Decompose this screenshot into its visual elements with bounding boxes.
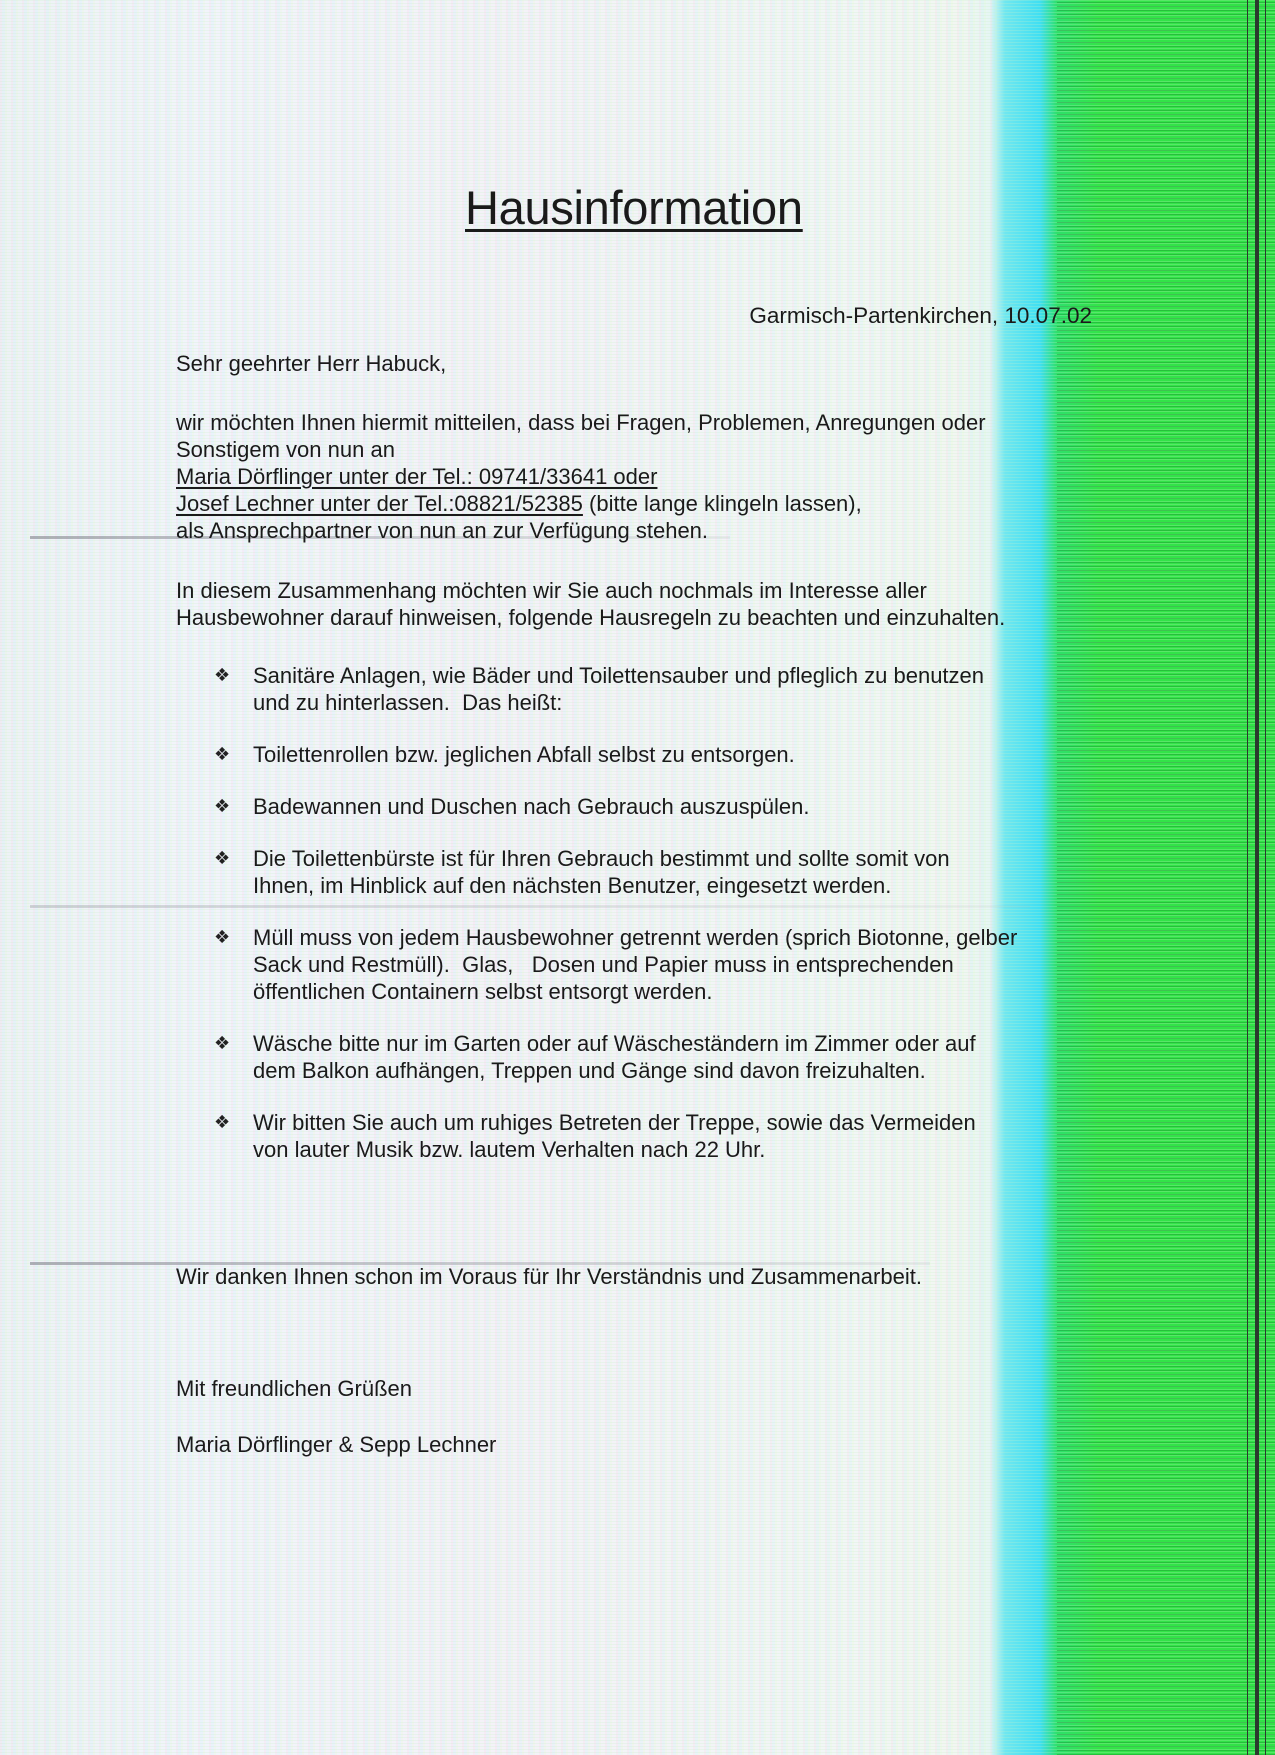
place-date: Garmisch-Partenkirchen, 10.07.02 — [749, 302, 1092, 330]
rules-intro-line: In diesem Zusammenhang möchten wir Sie a… — [176, 577, 1136, 604]
house-rule-line: Ihnen, im Hinblick auf den nächsten Benu… — [253, 872, 1114, 899]
diamond-bullet-icon: ❖ — [214, 1030, 230, 1057]
house-rule-line: Sack und Restmüll). Glas, Dosen und Papi… — [253, 951, 1114, 978]
diamond-bullet-icon: ❖ — [214, 793, 230, 820]
signature-text: Maria Dörflinger & Sepp Lechner — [176, 1431, 1136, 1458]
house-rule-line: und zu hinterlassen. Das heißt: — [253, 689, 1114, 716]
closing-text: Wir danken Ihnen schon im Voraus für Ihr… — [176, 1263, 1136, 1290]
house-rule-item: ❖Sanitäre Anlagen, wie Bäder und Toilett… — [214, 662, 1114, 716]
intro-paragraph: wir möchten Ihnen hiermit mitteilen, das… — [176, 409, 1136, 544]
diamond-bullet-icon: ❖ — [214, 1109, 230, 1136]
house-rule-line: Badewannen und Duschen nach Gebrauch aus… — [253, 793, 1114, 820]
house-rule-line: Die Toilettenbürste ist für Ihren Gebrau… — [253, 845, 1114, 872]
diamond-bullet-icon: ❖ — [214, 845, 230, 872]
house-rule-line: Wir bitten Sie auch um ruhiges Betreten … — [253, 1109, 1114, 1136]
house-rule-line: Toilettenrollen bzw. jeglichen Abfall se… — [253, 741, 1114, 768]
rules-intro-paragraph: In diesem Zusammenhang möchten wir Sie a… — [176, 577, 1136, 631]
diamond-bullet-icon: ❖ — [214, 924, 230, 951]
salutation-text: Sehr geehrter Herr Habuck, — [176, 350, 1136, 377]
regards: Mit freundlichen Grüßen — [176, 1375, 1136, 1402]
letter-page: Hausinformation Garmisch-Partenkirchen, … — [0, 0, 1275, 1755]
intro-line: als Ansprechpartner von nun an zur Verfü… — [176, 517, 1136, 544]
house-rule-line: Wäsche bitte nur im Garten oder auf Wäsc… — [253, 1030, 1114, 1057]
house-rule-line: von lauter Musik bzw. lautem Verhalten n… — [253, 1136, 1114, 1163]
regards-text: Mit freundlichen Grüßen — [176, 1375, 1136, 1402]
contact-maria: Maria Dörflinger unter der Tel.: 09741/3… — [176, 464, 657, 489]
house-rule-item: ❖Toilettenrollen bzw. jeglichen Abfall s… — [214, 741, 1114, 768]
contact-josef: Josef Lechner unter der Tel.:08821/52385 — [176, 491, 583, 516]
closing-paragraph: Wir danken Ihnen schon im Voraus für Ihr… — [176, 1263, 1136, 1290]
house-rule-item: ❖Badewannen und Duschen nach Gebrauch au… — [214, 793, 1114, 820]
house-rule-line: öffentlichen Containern selbst entsorgt … — [253, 978, 1114, 1005]
intro-line: Sonstigem von nun an — [176, 436, 1136, 463]
intro-line: wir möchten Ihnen hiermit mitteilen, das… — [176, 409, 1136, 436]
house-rule-item: ❖Wir bitten Sie auch um ruhiges Betreten… — [214, 1109, 1114, 1163]
salutation: Sehr geehrter Herr Habuck, — [176, 350, 1136, 377]
rules-intro-line: Hausbewohner darauf hinweisen, folgende … — [176, 604, 1136, 631]
house-rule-item: ❖Müll muss von jedem Hausbewohner getren… — [214, 924, 1114, 1005]
house-rule-line: Müll muss von jedem Hausbewohner getrenn… — [253, 924, 1114, 951]
house-rule-line: Sanitäre Anlagen, wie Bäder und Toilette… — [253, 662, 1114, 689]
signature: Maria Dörflinger & Sepp Lechner — [176, 1431, 1136, 1458]
house-rules-list: ❖Sanitäre Anlagen, wie Bäder und Toilett… — [214, 662, 1114, 1163]
house-rule-item: ❖Wäsche bitte nur im Garten oder auf Wäs… — [214, 1030, 1114, 1084]
house-rule-item: ❖Die Toilettenbürste ist für Ihren Gebra… — [214, 845, 1114, 899]
diamond-bullet-icon: ❖ — [214, 741, 230, 768]
diamond-bullet-icon: ❖ — [214, 662, 230, 689]
document-title: Hausinformation — [465, 180, 803, 236]
house-rule-line: dem Balkon aufhängen, Treppen und Gänge … — [253, 1057, 1114, 1084]
contact-note: (bitte lange klingeln lassen), — [583, 491, 862, 516]
